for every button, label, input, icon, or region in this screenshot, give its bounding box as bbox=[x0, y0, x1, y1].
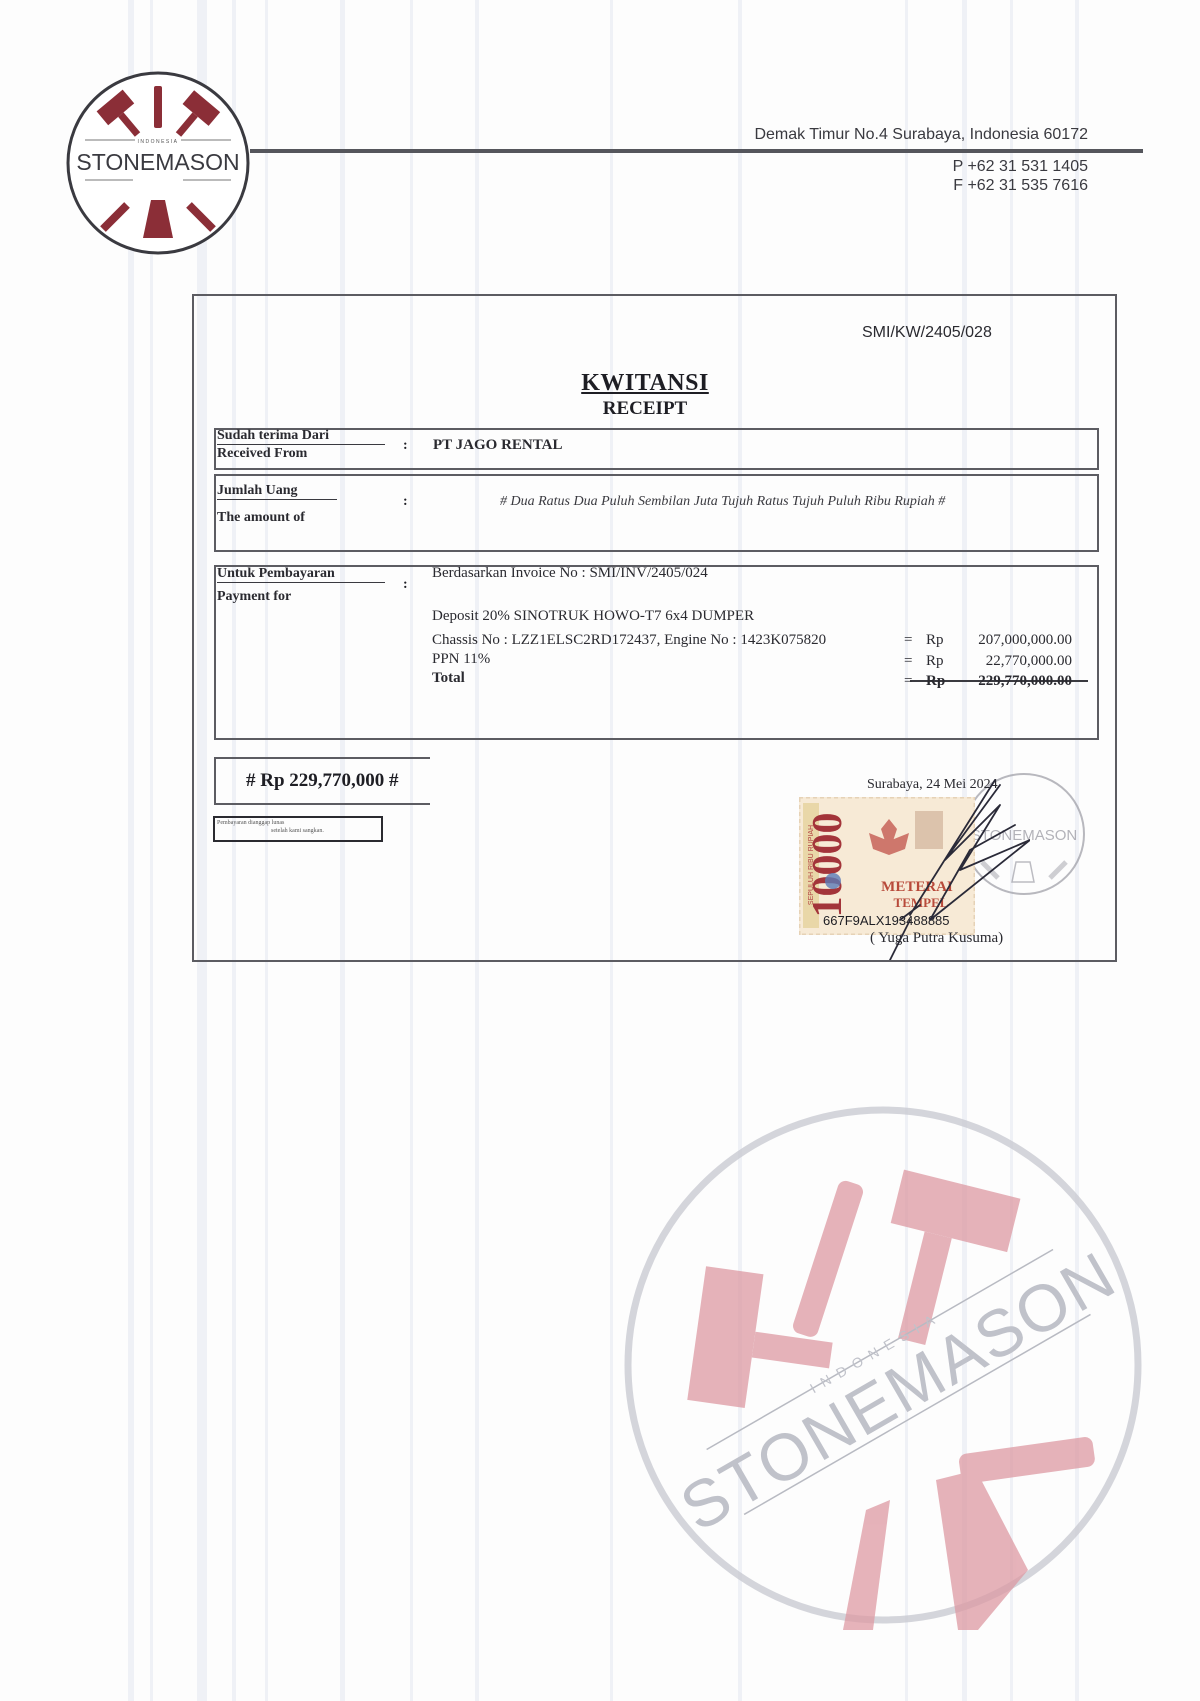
line-item-eq: = bbox=[904, 632, 912, 649]
company-contact: P +62 31 531 1405 F +62 31 535 7616 bbox=[953, 157, 1088, 195]
total-eq: = bbox=[904, 673, 912, 690]
amount-box bbox=[214, 474, 1099, 552]
company-address: Demak Timur No.4 Surabaya, Indonesia 601… bbox=[754, 126, 1088, 144]
payment-note-line1: Pembayaran dianggap lunas bbox=[217, 819, 379, 827]
colon: : bbox=[403, 494, 408, 510]
payment-for-label-en: Payment for bbox=[217, 589, 291, 605]
line-item-label: Chassis No : LZZ1ELSC2RD172437, Engine N… bbox=[432, 632, 826, 649]
tax-eq: = bbox=[904, 653, 912, 670]
total-label: Total bbox=[432, 670, 465, 687]
line-item-amount: 207,000,000.00 bbox=[940, 632, 1072, 649]
payment-note-line2: setelah kami sangkan. bbox=[217, 827, 379, 835]
signer-name: ( Yuga Putra Kusuma) bbox=[870, 930, 1003, 947]
svg-text:10000: 10000 bbox=[805, 813, 851, 918]
amount-label-id: Jumlah Uang bbox=[217, 483, 337, 500]
tax-amount: 22,770,000.00 bbox=[940, 653, 1072, 670]
received-from-value: PT JAGO RENTAL bbox=[433, 437, 562, 454]
stonemason-logo: INDONESIA STONEMASON bbox=[63, 68, 253, 258]
payment-for-label-id: Untuk Pembayaran bbox=[217, 566, 385, 583]
amount-label-en: The amount of bbox=[217, 510, 305, 526]
header-rule bbox=[250, 149, 1143, 153]
payment-description: Deposit 20% SINOTRUK HOWO-T7 6x4 DUMPER bbox=[432, 608, 754, 625]
amount-in-words: # Dua Ratus Dua Puluh Sembilan Juta Tuju… bbox=[500, 494, 945, 510]
total-amount-box: # Rp 229,770,000 # bbox=[214, 757, 430, 805]
receipt-title: KWITANSI bbox=[0, 370, 1200, 397]
received-from-label-en: Received From bbox=[217, 446, 307, 462]
colon: : bbox=[403, 438, 408, 454]
watermark-logo: STONEMASON INDONESIA bbox=[618, 1100, 1148, 1630]
invoice-reference: Berdasarkan Invoice No : SMI/INV/2405/02… bbox=[432, 565, 708, 582]
colon: : bbox=[403, 577, 408, 593]
payment-note: Pembayaran dianggap lunas setelah kami s… bbox=[213, 816, 383, 842]
total-amount: 229,770,000.00 bbox=[940, 673, 1072, 690]
receipt-number: SMI/KW/2405/028 bbox=[862, 324, 992, 342]
tax-label: PPN 11% bbox=[432, 651, 490, 668]
total-amount-text: # Rp 229,770,000 # bbox=[246, 770, 399, 792]
fax-number: F +62 31 535 7616 bbox=[953, 176, 1088, 195]
receipt-subtitle: RECEIPT bbox=[0, 398, 1200, 420]
received-from-label-id: Sudah terima Dari bbox=[217, 428, 385, 445]
svg-text:STONEMASON: STONEMASON bbox=[76, 149, 239, 175]
svg-text:INDONESIA: INDONESIA bbox=[137, 139, 178, 145]
phone-number: P +62 31 531 1405 bbox=[953, 157, 1088, 176]
